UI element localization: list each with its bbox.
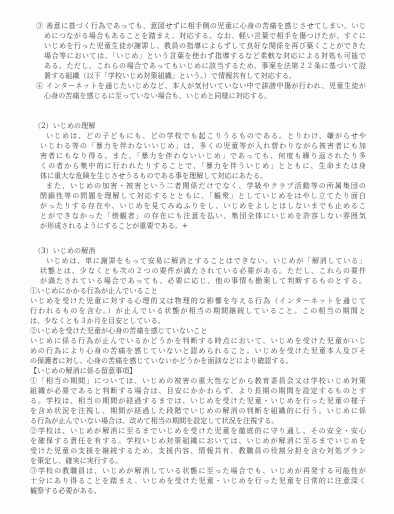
list-item-line: 置する組織（以下「学校いじめ対策組織」という。）で情報共有して対応する。: [44, 71, 366, 81]
section-3-resolution-of-bullying: （3）いじめの解消いじめは、単に謝罪をもって安易に解消とすることはできない。いじ…: [30, 246, 366, 496]
paragraph-line: いじわる等の「暴力を伴わないいじめ」は、多くの児童等が入れ替わりながら被害者にも…: [40, 141, 366, 151]
requirement-heading: ①いじめにかかる行為が止んでいること: [30, 286, 366, 296]
paragraph-line: 害者にもなり得る。また、「暴力を伴わないいじめ」であっても、何度も繰り返されたり…: [40, 151, 366, 161]
note-line: 観察する必要がある。: [30, 486, 366, 496]
requirement-heading: ②いじめを受けた児童が心身の苦痛を感じていないこと: [30, 326, 366, 336]
paragraph-line: いじめは、どの子どもにも、どの学校でも起こりうるものである。とりわけ、嫌がらせや: [46, 131, 366, 141]
paragraph-line: がったりする存在や、いじめを見てみぬふりをし、いじめをよしとはしないまでも止める…: [40, 201, 366, 211]
paragraph-line: いじめを受けた児童に対する心理的又は物理的な影響を与える行為（インターネットを通…: [30, 296, 366, 306]
note-line: を含め状況を注視し、期間が経過した段階でいじめの解消の判断を組織的に行う。いじめ…: [30, 406, 366, 416]
note-line: る。学校は、相当の期間が経過するまでは、いじめを受けた児童・いじめを行った児童の…: [30, 396, 366, 406]
paragraph-line: いじめに係る行為が止んでいるかどうかを判断する時点において、いじめを受けた児童が…: [30, 336, 366, 346]
note-line: を策定し、確実に実行する。: [30, 456, 366, 466]
list-item-line: 心身の苦痛を感じるに至っていない場合も、いじめと同様に対応する。: [44, 91, 366, 101]
paragraph-line: 体に重大な危険を生じさせうるものである事を理解して対応にあたる。: [40, 171, 366, 181]
document-text-area: ③ 善意に基づく行為であっても、意図せずに相手側の児童に心身の苦痛を感じさせてし…: [30, 21, 366, 496]
list-item-line: めにつながる場合もあることを踏まえ、対応する。なお、軽い言葉で相手を傷つけたが、…: [44, 31, 366, 41]
list-item-line: いじめを行った児童生徒が謝罪し、教員の指導によらずして良好な関係を再び築くことが…: [44, 41, 366, 51]
paragraph-line: いじめは、単に謝罪をもって安易に解消とすることはできない。いじめが「解消している…: [46, 256, 366, 266]
note-line: ③学校の教職員は、いじめが解消している状態に至った場合でも、いじめが再発する可能…: [30, 466, 366, 476]
paragraph-line: は、少なくとも３か月を目安としている。: [30, 316, 366, 326]
paragraph-line: くの者から集中的に行われたりすることで、「暴力を伴ういじめ」とともに、生命または…: [40, 161, 366, 171]
section-heading: （2）いじめの理解: [34, 121, 366, 131]
item-circled-4: ④ インターネットを通じたいじめなど、本人が気付いていない中で誹謗中傷が行われ、…: [30, 81, 366, 101]
list-item-line: 場合等においては、「いじめ」という言葉を使わず指導するなど柔軟な対応による対処も…: [44, 51, 366, 61]
paragraph-line: めの行為により心身の苦痛を感じていないと認められること。いじめを受けた児童本人及…: [30, 346, 366, 356]
paragraph-line: また、いじめの加害・被害という二者関係だけでなく、学級やクラブ活動等の所属集団の: [46, 181, 366, 191]
note-line: ①「相当の期間」については、いじめの被害の重大性などから教育委員会又は学校いじめ…: [30, 376, 366, 386]
paragraph-line: が形成されるようにすることが重要である。+: [40, 221, 366, 231]
list-item-line: ④ インターネットを通じたいじめなど、本人が気付いていない中で誹謗中傷が行われ、…: [36, 81, 366, 91]
note-line: ②学校は、いじめが解消に至るまでいじめを受けた児童を徹底的に守り通し、その安全・…: [30, 426, 366, 436]
note-line: る行為が止んでいない場合は、改めて相当の期間を設定して状況を注視する。: [30, 416, 366, 426]
section-heading: （3）いじめの解消: [34, 246, 366, 256]
document-page: ③ 善意に基づく行為であっても、意図せずに相手側の児童に心身の苦痛を感じさせてし…: [0, 0, 394, 514]
list-item-line: ある。ただし、これらの場合であってもいじめに該当するため、事案を法第２２条に基づ…: [44, 61, 366, 71]
note-line: 組織が必要であると判断する場合は、目安にかかわらず、より長期の期間を設定するもの…: [30, 386, 366, 396]
note-line: を確保する責任を有する。学校いじめ対策組織においては、いじめが解消に至るまでいじ…: [30, 436, 366, 446]
list-item-line: ③ 善意に基づく行為であっても、意図せずに相手側の児童に心身の苦痛を感じさせてし…: [36, 21, 366, 31]
paragraph-line: とができなかった「傍観者」の存在にも注意を払い、集団全体にいじめを許容しない雰囲…: [40, 211, 366, 221]
section-2-understanding-of-bullying: （2）いじめの理解いじめは、どの子どもにも、どの学校でも起こりうるものである。と…: [30, 121, 366, 231]
paragraph-line: 行われるものを含む。）が止んでいる状態が相当の期間継続していること。この相当の期…: [30, 306, 366, 316]
item-circled-3: ③ 善意に基づく行為であっても、意図せずに相手側の児童に心身の苦痛を感じさせてし…: [30, 21, 366, 81]
paragraph-line: の保護者に対し、心身の苦痛を感じていないかどうかを面談などにより確認する。: [30, 356, 366, 366]
note-line: 十分にあり得ることを踏まえ、いじめを受けた児童・いじめを行った児童を日常的に注意…: [30, 476, 366, 486]
paragraph-line: 閉鎖性等の問題を理解して対応するとともに、「観衆」としていじめをはやし立てたり面…: [40, 191, 366, 201]
note-line: 受けた児童の支援を継続するため、支援内容、情報共有、教職員の役割分担を含む対処プ…: [30, 446, 366, 456]
paragraph-line: 状態とは、少なくとも次の２つの要件が満たされている必要がある。ただし、これらの要…: [40, 266, 366, 276]
notes-heading: 【いじめの解消に係る留意事項】: [30, 366, 366, 376]
paragraph-line: が満たされている場合であっても、必要に応じ、他の事情も勘案して判断するものとする…: [40, 276, 366, 286]
